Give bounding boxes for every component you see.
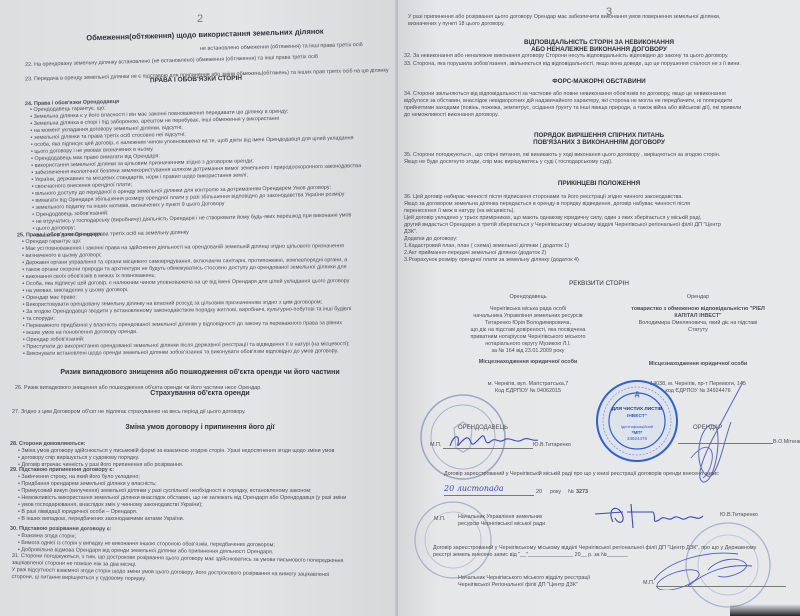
section-title-insurance: Страхування об'єкта оренди bbox=[100, 390, 300, 397]
clause-36-body: 36. Цей договір набирає чинності після п… bbox=[404, 194, 721, 264]
restrictions-subtitle: не встановлено обмеження (обтяження) та … bbox=[200, 42, 363, 53]
text-line: 3.Розрахунок розміру орендної плати за з… bbox=[404, 257, 721, 264]
text-line: ДЗК". bbox=[404, 229, 721, 236]
text-line: за № 164 від 23.01.2009 року bbox=[448, 348, 608, 355]
text-line: • В разі ліквідації юридичної особи – Ор… bbox=[18, 509, 346, 516]
section-title-rights: ПРАВА І ОБОВ'ЯЗКИ СТОРІН bbox=[150, 75, 242, 84]
lessor-heading: Орендодавець bbox=[468, 294, 588, 301]
registration-official: Начальник Управління земельних ресурсів … bbox=[458, 514, 545, 528]
dzk-mp: М.П. bbox=[643, 580, 654, 587]
clause-30-heading: 30. Підставою розірвання договору є: bbox=[10, 526, 112, 533]
text-line: • В інших випадках, передбачених законод… bbox=[18, 516, 346, 523]
text-line: • Зміна умов договору здійснюється у пис… bbox=[18, 448, 334, 455]
lessor-signer-name: Ю.В.Титаренко bbox=[533, 442, 571, 449]
lessor-signature-icon bbox=[446, 430, 541, 452]
section-title-change: Зміна умов договору і припинення його ді… bbox=[80, 424, 320, 431]
stamp-line-2: ІНВЕСТ" bbox=[607, 414, 667, 421]
section-title-final: ПРИКІНЦЕВІ ПОЛОЖЕННЯ bbox=[398, 180, 800, 187]
clause-35-body: 35. Сторони погоджуються , що спірні пит… bbox=[404, 152, 720, 166]
lessor-code: Код ЄДРПОУ № 04062015 bbox=[458, 388, 598, 395]
text-line: 35. Сторони погоджуються , що спірні пит… bbox=[404, 152, 720, 159]
text-line: Якщо за договором земельна ділянка перед… bbox=[404, 201, 721, 208]
left-page: 2 Обмеження(обтяження) щодо використання… bbox=[0, 0, 398, 616]
section-title-restrictions: Обмеження(обтяження) щодо використання з… bbox=[60, 26, 350, 43]
registration-number: 3273 bbox=[576, 489, 588, 496]
text-line: • Примусовий викуп (вилучення) земельної… bbox=[18, 488, 346, 495]
text-line: У разі припинення або розірвання цього д… bbox=[408, 14, 720, 21]
text-line: начальника Управління земельних ресурсів bbox=[448, 313, 608, 320]
shadow-corner bbox=[730, 604, 800, 616]
clause-24-body: • Орендодавець гарантує, що:• Земельна д… bbox=[30, 100, 362, 240]
section-title-requisites: РЕКВІЗИТИ СТОРІН bbox=[398, 280, 800, 287]
official-signature-icon bbox=[593, 500, 713, 532]
lessor-address: м. Чернігів, вул. Магістратська,7 bbox=[458, 381, 598, 388]
text-line: • Неможливість використання земельної ді… bbox=[18, 495, 346, 502]
right-page: 3 У разі припинення або розірвання цього… bbox=[398, 0, 800, 616]
registration-number-label: № bbox=[568, 489, 574, 496]
clause-29-heading: 29. Підставою припинення договору є: bbox=[10, 467, 114, 474]
stamp-letter: Д bbox=[617, 392, 657, 399]
official-signer-name: Ю.В.Титаренко bbox=[720, 512, 758, 519]
clause-29-body: • Закінчення строку, на який його було у… bbox=[18, 474, 346, 523]
stamp-line-1: ДЛЯ ЧИСТИХ ЛИСТІВ bbox=[607, 407, 667, 414]
stamp-line-5: 34924476 bbox=[607, 436, 667, 443]
lessor-location-heading: Місцезнаходження юридичної особи bbox=[458, 359, 598, 366]
registration-date-line bbox=[444, 495, 534, 496]
section-title-risk: Ризик випадкового знищення або пошкоджен… bbox=[40, 369, 360, 376]
registration-stamp-icon bbox=[413, 500, 493, 580]
lessee-signer-name: В.О.Мітенков bbox=[773, 439, 800, 446]
section-title-liability-2: АБО НЕНАЛЕЖНЕ ВИКОНАННЯ ДОГОВОРУ bbox=[398, 46, 800, 53]
lessee-location-heading: Місцезнаходження юридичної особи bbox=[628, 361, 768, 368]
text-line: до неможливості виконання договору. bbox=[404, 112, 741, 119]
clause-22: 22. На орендовану земельну ділянку встан… bbox=[25, 54, 318, 69]
section-title-liability-1: ВІДПОВІДАЛЬНІСТЬ СТОРІН ЗА НЕВИКОНАННЯ bbox=[398, 39, 800, 46]
text-line: прийнятими заходами (повінь, пожежа, зем… bbox=[404, 105, 741, 112]
dzk-signature-line bbox=[656, 586, 786, 587]
lessor-mp: М.П. bbox=[430, 442, 441, 449]
intro-text: У разі припинення або розірвання цього д… bbox=[408, 14, 720, 28]
page-number: 2 bbox=[197, 13, 203, 25]
registration-year-prefix: 20 bbox=[536, 489, 542, 496]
text-line: Титаренко Юрія Володимировича, bbox=[448, 320, 608, 327]
clause-33: 33. Сторона, яка порушила зобов'язання, … bbox=[404, 61, 741, 68]
text-line: • Закінчення строку, на який його було у… bbox=[18, 474, 346, 481]
clause-32: 32. За невиконання або неналежне виконан… bbox=[404, 53, 728, 60]
clause-34-body: 34. Сторони звільняються від відповідаль… bbox=[404, 91, 741, 119]
text-line: • Придбання орендарем земельної ділянки … bbox=[18, 481, 346, 488]
text-line: 34. Сторони звільняються від відповідаль… bbox=[404, 91, 741, 98]
text-line: визначених у пункті 18 цього договору. bbox=[408, 21, 720, 28]
text-line: • умов господарювання, внаслідок змін у … bbox=[18, 502, 346, 509]
clause-27: 27. Згідно з цим Договором об'єкт не під… bbox=[12, 409, 246, 416]
dzk-official: Начальник Чернігівського міського відділ… bbox=[458, 575, 590, 589]
dzk-signature-icon bbox=[648, 540, 758, 590]
section-title-disputes-2: ПОВ'ЯЗАНИХ З ВИКОНАННЯМ ДОГОВОРУ bbox=[398, 139, 800, 146]
text-line: Додатки до договору: bbox=[404, 236, 721, 243]
text-line: Цей договір укладено у трьох примірниках… bbox=[404, 215, 721, 222]
clause-28-heading: 28. Сторони домовляються: bbox=[10, 441, 85, 448]
text-line: другий видається Орендарю а третій збері… bbox=[404, 222, 721, 229]
lessor-details: Чернігівська міська рада особіначальника… bbox=[448, 306, 608, 355]
text-line: • договору спір вирішується у судовому п… bbox=[18, 455, 334, 462]
registration-date-handwritten: 20 листопада bbox=[444, 486, 504, 493]
clause-25-body: • Орендар гарантує що:• Має усі повноваж… bbox=[22, 236, 352, 358]
text-line: Чернігівська міська рада особі bbox=[448, 306, 608, 313]
text-line: приватним нотаріусом Чернігівського місь… bbox=[448, 334, 608, 341]
registration-council-text: Договір зареєстрований у Чернігівській м… bbox=[444, 471, 719, 478]
text-line: Якщо не буде досягнуто згоди, спір має в… bbox=[404, 159, 720, 166]
text-line: 36. Цей договір набирає чинності після п… bbox=[404, 194, 721, 201]
text-line: що діє на підставі довіреності, яка посв… bbox=[448, 327, 608, 334]
text-line: 1.Кадастровий план, план ( схема) земель… bbox=[404, 243, 721, 250]
text-line: нотаріального округу Музикою Л.І. bbox=[448, 341, 608, 348]
text-line: перенесення її меж в натуру (на місцевіс… bbox=[404, 208, 721, 215]
clause-28-body: • Зміна умов договору здійснюється у пис… bbox=[18, 448, 334, 469]
registration-year-suffix: року bbox=[550, 489, 561, 496]
section-title-disputes-1: ПОРЯДОК ВИРІШЕННЯ СПІРНИХ ПИТАНЬ bbox=[398, 132, 800, 139]
lessee-details: товариство з обмеженою відповідальністю … bbox=[618, 306, 778, 334]
lessee-heading: Орендар bbox=[638, 294, 758, 301]
registration-mp: М.П. bbox=[434, 516, 445, 523]
clause-31-body: 31. Сторони погоджуються, з тим, що дост… bbox=[12, 553, 344, 586]
text-line: • Виконувати встановлені щодо оренди зем… bbox=[23, 348, 352, 358]
company-stamp-icon bbox=[594, 378, 680, 464]
section-title-force-majeure: ФОРС-МАЖОРНІ ОБСТАВИНИ bbox=[398, 78, 800, 85]
text-line: 2.Акт приймання-передачі земельної ділян… bbox=[404, 250, 721, 257]
text-line: відбулося за обставин, внаслідок невідво… bbox=[404, 98, 741, 105]
